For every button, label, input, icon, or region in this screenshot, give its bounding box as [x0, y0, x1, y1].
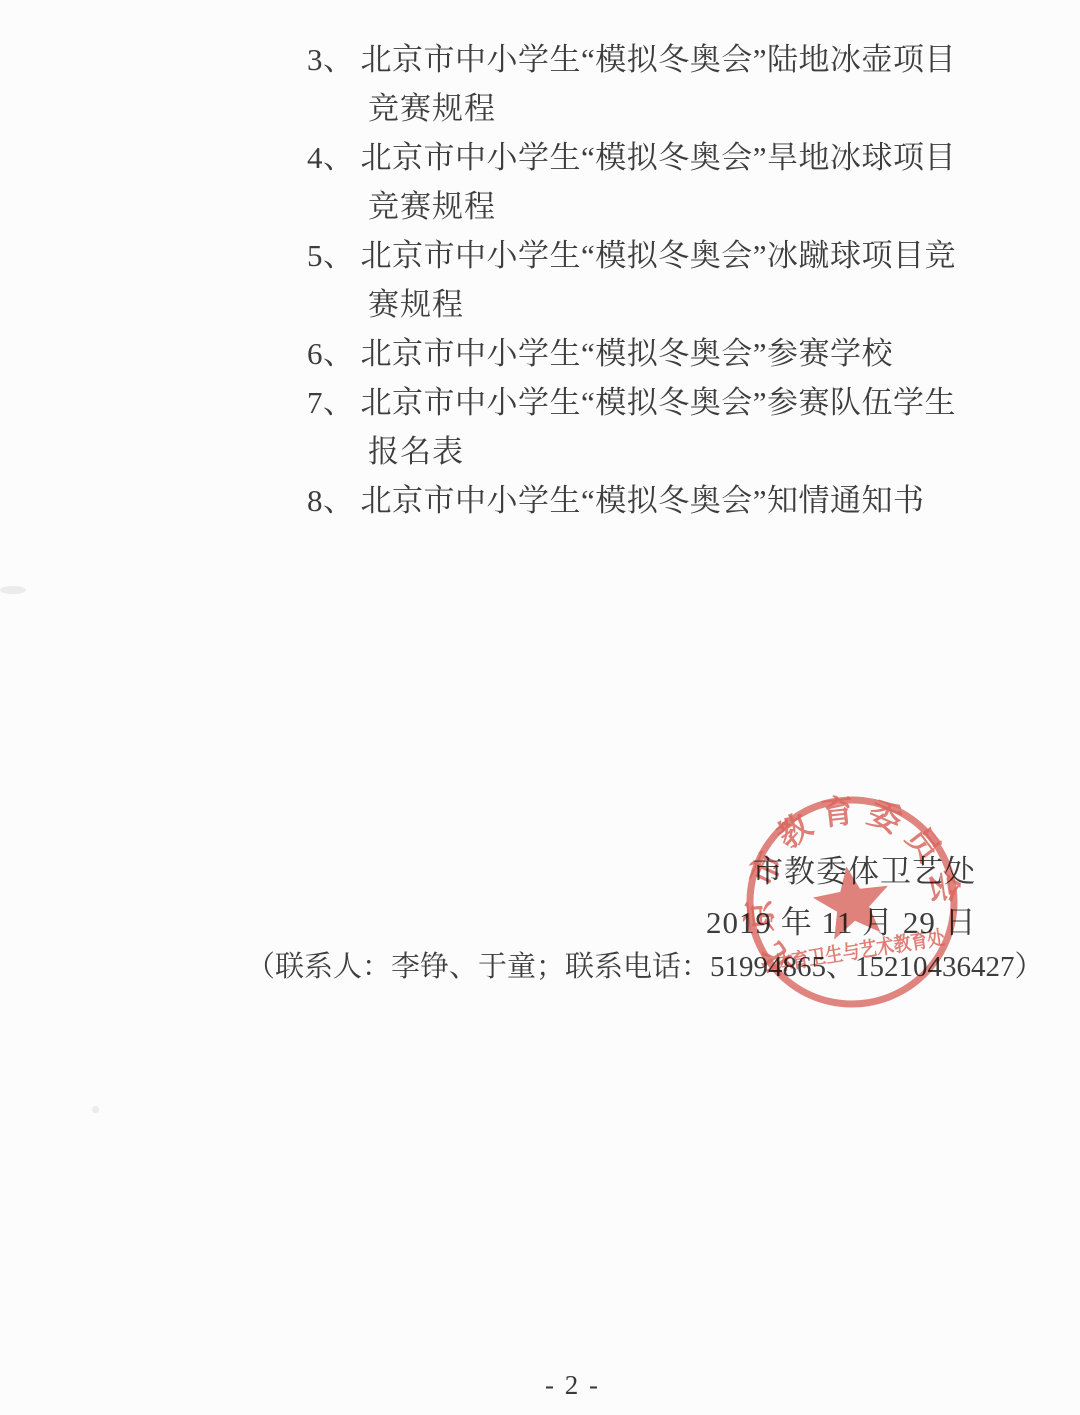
- item-text: 北京市中小学生“模拟冬奥会”参赛队伍学生: [361, 385, 957, 420]
- list-item: 3、北京市中小学生“模拟冬奥会”陆地冰壶项目: [307, 40, 956, 80]
- list-item: 8、北京市中小学生“模拟冬奥会”知情通知书: [307, 481, 925, 521]
- scan-artifact: [92, 1106, 99, 1113]
- list-item: 4、北京市中小学生“模拟冬奥会”旱地冰球项目: [307, 138, 956, 178]
- item-text: 北京市中小学生“模拟冬奥会”陆地冰壶项目: [361, 42, 957, 77]
- contact-info: （联系人：李铮、于童；联系电话：51994865、15210436427）: [246, 944, 1044, 985]
- scan-artifact: [0, 586, 26, 594]
- item-text: 北京市中小学生“模拟冬奥会”知情通知书: [361, 483, 925, 518]
- item-number: 5、: [307, 238, 355, 273]
- item-text: 北京市中小学生“模拟冬奥会”参赛学校: [361, 336, 894, 371]
- document-page: 3、北京市中小学生“模拟冬奥会”陆地冰壶项目 竞赛规程 4、北京市中小学生“模拟…: [0, 0, 1080, 1415]
- page-number: - 2 -: [500, 1370, 645, 1401]
- list-item: 7、北京市中小学生“模拟冬奥会”参赛队伍学生: [307, 383, 956, 423]
- list-item: 5、北京市中小学生“模拟冬奥会”冰蹴球项目竞: [307, 236, 956, 276]
- item-text: 北京市中小学生“模拟冬奥会”旱地冰球项目: [361, 140, 957, 175]
- list-item: 6、北京市中小学生“模拟冬奥会”参赛学校: [307, 334, 893, 374]
- list-item-continuation: 竞赛规程: [368, 187, 496, 227]
- list-item-continuation: 报名表: [368, 432, 464, 472]
- item-number: 4、: [307, 140, 355, 175]
- list-item-continuation: 赛规程: [368, 285, 464, 325]
- item-number: 6、: [307, 336, 355, 371]
- item-number: 7、: [307, 385, 355, 420]
- item-text: 北京市中小学生“模拟冬奥会”冰蹴球项目竞: [361, 238, 957, 273]
- item-number: 8、: [307, 483, 355, 518]
- issuing-department: 市教委体卫艺处: [752, 846, 976, 891]
- list-item-continuation: 竞赛规程: [368, 89, 496, 129]
- issue-date: 2019 年 11 月 29 日: [706, 897, 977, 942]
- item-number: 3、: [307, 42, 355, 77]
